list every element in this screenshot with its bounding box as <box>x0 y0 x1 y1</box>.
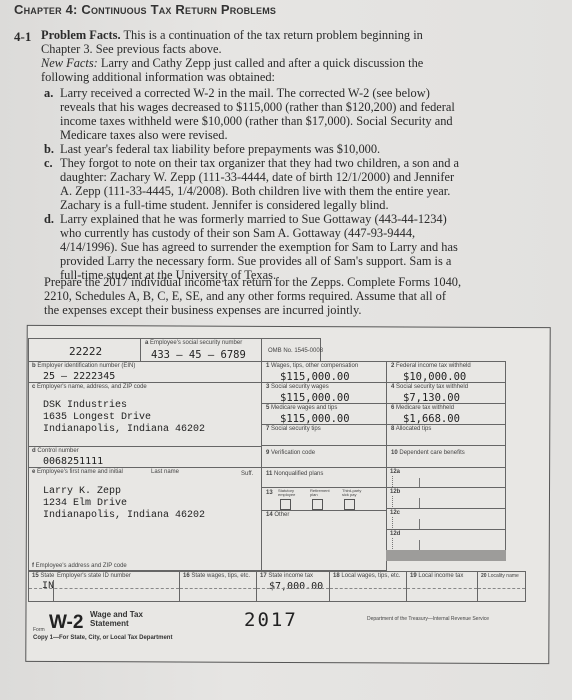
box-5: 5 Medicare wages and tips $115,000.00 <box>261 403 387 425</box>
box-12b: 12b <box>386 487 506 509</box>
form-word: Form <box>33 627 45 633</box>
shaded-area <box>386 550 506 561</box>
employee-box: e Employee's first name and initial Last… <box>28 467 262 571</box>
new-facts: New Facts: Larry and Cathy Zepp just cal… <box>41 56 461 84</box>
statutory-employee-checkbox[interactable] <box>280 499 291 510</box>
ein-box: b Employer identification number (EIN) 2… <box>28 361 262 383</box>
box-4: 4 Social security tax withheld $7,130.00 <box>386 382 506 404</box>
retirement-plan-checkbox[interactable] <box>312 499 323 510</box>
tax-year: 2017 <box>244 609 298 631</box>
box-1: 1 Wages, tips, other compensation $115,0… <box>261 361 387 383</box>
department: Department of the Treasury—Internal Reve… <box>367 616 489 622</box>
control-number-box: d Control number 0068251111 <box>28 446 262 468</box>
employer-box: c Employer's name, address, and ZIP code… <box>28 382 262 447</box>
problem-title: Problem Facts. <box>41 28 121 42</box>
copy-designation: Copy 1—For State, City, or Local Tax Dep… <box>33 635 172 641</box>
chapter-heading: Chapter 4: Continuous Tax Return Problem… <box>14 2 276 17</box>
textbook-page: Chapter 4: Continuous Tax Return Problem… <box>0 0 572 700</box>
box-14: 14 Other <box>261 510 387 571</box>
box-16: 16 State wages, tips, etc. <box>179 571 257 602</box>
problem-intro: Problem Facts. This is a continuation of… <box>41 28 461 56</box>
box-6: 6 Medicare tax withheld $1,668.00 <box>386 403 506 425</box>
new-facts-text: Larry and Cathy Zepp just called and aft… <box>41 56 423 84</box>
box-17: 17 State income tax $7,000.00 <box>256 571 330 602</box>
box-3: 3 Social security wages $115,000.00 <box>261 382 387 404</box>
new-facts-label: New Facts: <box>41 56 98 70</box>
problem-number: 4-1 <box>14 29 31 45</box>
fact-item-a: a.Larry received a corrected W-2 in the … <box>44 86 462 142</box>
box-8: 8 Allocated tips <box>386 424 506 446</box>
fact-item-b: b.Last year's federal tax liability befo… <box>44 142 462 156</box>
fact-item-c: c.They forgot to note on their tax organ… <box>44 156 462 212</box>
w2-form: 22222 a Employee's social security numbe… <box>28 338 532 602</box>
box-19: 19 Local income tax <box>406 571 478 602</box>
box-12a: 12a <box>386 467 506 488</box>
box-2: 2 Federal income tax withheld $10,000.00 <box>386 361 506 383</box>
box-13: 13 Statutory employee Retirement plan Th… <box>261 487 387 511</box>
box-20: 20 Locality name <box>477 571 526 602</box>
box-18: 18 Local wages, tips, etc. <box>329 571 407 602</box>
box-7: 7 Social security tips <box>261 424 387 446</box>
ssn-box: a Employee's social security number 433 … <box>140 338 262 362</box>
fact-item-d: d.Larry explained that he was formerly m… <box>44 212 462 282</box>
box-12c: 12c <box>386 508 506 530</box>
form-name: W-2 <box>49 612 83 634</box>
form-title: Wage and Tax Statement <box>90 610 150 628</box>
omb-box: OMB No. 1545-0008 <box>261 338 321 362</box>
box-9: 9 Verification code <box>261 445 387 468</box>
box-10: 10 Dependent care benefits <box>386 445 506 468</box>
control-code-box: 22222 <box>28 338 141 362</box>
box-15: 15 State Employer's state ID number IN <box>28 571 180 602</box>
box-11: 11 Nonqualified plans <box>261 467 387 488</box>
third-party-sick-pay-checkbox[interactable] <box>344 499 355 510</box>
box-12d: 12d <box>386 529 506 551</box>
instructions: Prepare the 2017 individual income tax r… <box>44 275 464 317</box>
